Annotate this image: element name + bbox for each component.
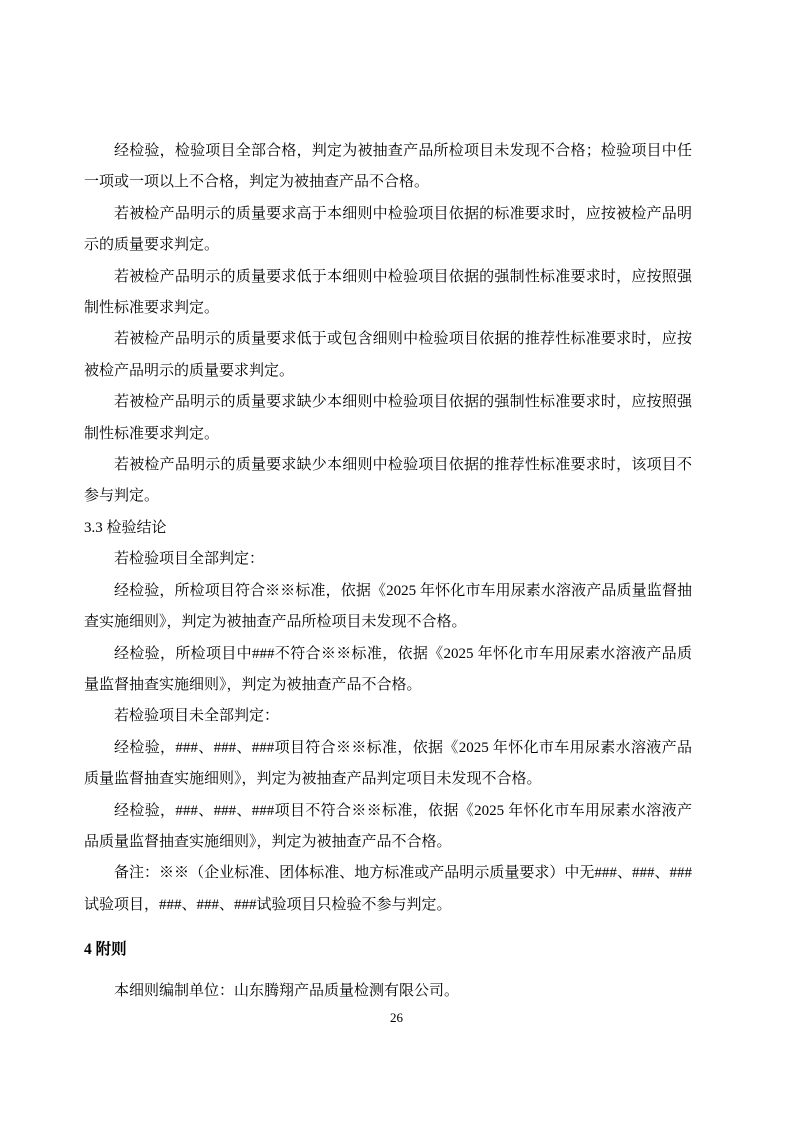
conclusion-paragraph-2: 经检验，所检项目符合※※标准，依据《2025 年怀化市车用尿素水溶液产品质量监督… bbox=[84, 576, 692, 639]
judgment-paragraph-5: 若被检产品明示的质量要求缺少本细则中检验项目依据的强制性标准要求时，应按照强制性… bbox=[84, 387, 692, 450]
document-body: 经检验，检验项目全部合格，判定为被抽查产品所检项目未发现不合格；检验项目中任一项… bbox=[84, 136, 692, 1007]
judgment-paragraph-6: 若被检产品明示的质量要求缺少本细则中检验项目依据的推荐性标准要求时，该项目不参与… bbox=[84, 450, 692, 513]
judgment-paragraph-4: 若被检产品明示的质量要求低于或包含细则中检验项目依据的推荐性标准要求时，应按被检… bbox=[84, 324, 692, 387]
page-footer: 26 bbox=[0, 1010, 793, 1026]
judgment-paragraph-1: 经检验，检验项目全部合格，判定为被抽查产品所检项目未发现不合格；检验项目中任一项… bbox=[84, 136, 692, 199]
conclusion-remark-paragraph: 备注：※※（企业标准、团体标准、地方标准或产品明示质量要求）中无###、###、… bbox=[84, 858, 692, 921]
section-inspection-conclusion: 3.3 检验结论 若检验项目全部判定： 经检验，所检项目符合※※标准，依据《20… bbox=[84, 513, 692, 921]
conclusion-paragraph-4: 若检验项目未全部判定： bbox=[84, 701, 692, 732]
page-number: 26 bbox=[390, 1010, 403, 1025]
conclusion-paragraph-6: 经检验，###、###、###项目不符合※※标准，依据《2025 年怀化市车用尿… bbox=[84, 796, 692, 859]
document-page: 经检验，检验项目全部合格，判定为被抽查产品所检项目未发现不合格；检验项目中任一项… bbox=[0, 0, 793, 1122]
section-judgment-rules: 经检验，检验项目全部合格，判定为被抽查产品所检项目未发现不合格；检验项目中任一项… bbox=[84, 136, 692, 513]
section-4-heading: 4 附则 bbox=[84, 934, 692, 965]
judgment-paragraph-3: 若被检产品明示的质量要求低于本细则中检验项目依据的强制性标准要求时，应按照强制性… bbox=[84, 262, 692, 325]
conclusion-paragraph-1: 若检验项目全部判定： bbox=[84, 544, 692, 575]
section-supplementary: 4 附则 本细则编制单位：山东腾翔产品质量检测有限公司。 bbox=[84, 934, 692, 1007]
judgment-paragraph-2: 若被检产品明示的质量要求高于本细则中检验项目依据的标准要求时，应按被检产品明示的… bbox=[84, 199, 692, 262]
conclusion-paragraph-5: 经检验，###、###、###项目符合※※标准，依据《2025 年怀化市车用尿素… bbox=[84, 733, 692, 796]
supplementary-paragraph-1: 本细则编制单位：山东腾翔产品质量检测有限公司。 bbox=[84, 976, 692, 1007]
conclusion-paragraph-3: 经检验，所检项目中###不符合※※标准，依据《2025 年怀化市车用尿素水溶液产… bbox=[84, 639, 692, 702]
section-3-3-heading: 3.3 检验结论 bbox=[84, 513, 692, 544]
